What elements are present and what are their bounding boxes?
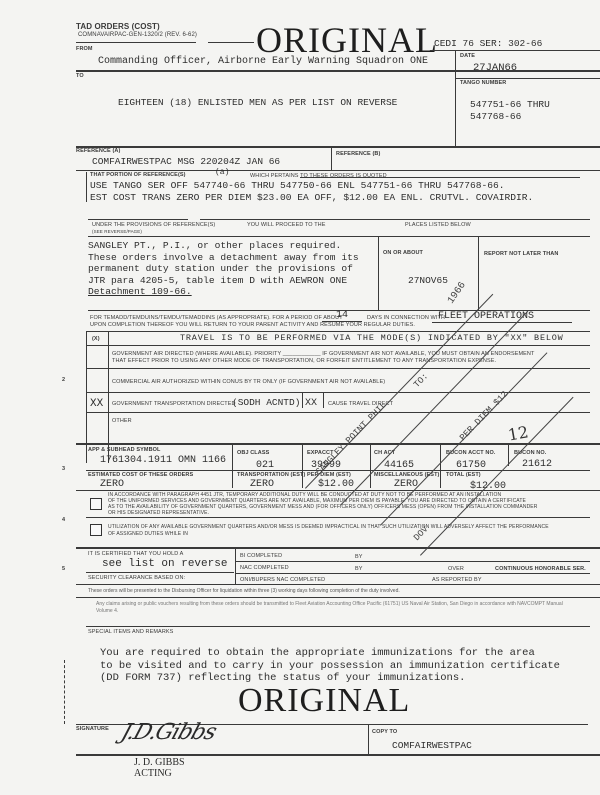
places-line-2: These orders involve a detachment away f…	[88, 252, 359, 264]
tango-value-1: 547751-66 THRU	[470, 99, 550, 110]
tango-label: TANGO NUMBER	[460, 80, 506, 86]
reference-b-label: REFERENCE (b)	[336, 151, 380, 157]
quarters-checkbox-1[interactable]	[90, 498, 102, 510]
bucon-value: 21612	[522, 459, 552, 470]
quarters-para-1-line-4: OR HIS DESIGNATED REPRESENTATIVE.	[108, 510, 537, 516]
provisions-label: UNDER THE PROVISIONS OF REFERENCE(S)	[92, 222, 215, 228]
form-number: COMNAVAIRPAC-GEN-1320/2 (REV. 6-62)	[78, 32, 197, 38]
margin-number-3: 3	[62, 466, 65, 472]
oni-completed-label: ONI/BUPERS NAC COMPLETED	[240, 577, 325, 583]
travel-row-3-mark: XX	[90, 398, 103, 410]
places-label: PLACES LISTED BELOW	[405, 222, 471, 228]
reference-a-value: COMFAIRWESTPAC MSG 220204Z JAN 66	[92, 156, 280, 167]
margin-number-2: 2	[62, 377, 65, 383]
continuous-service-label: CONTINUOUS HONORABLE SER.	[495, 566, 586, 572]
transportation-value: ZERO	[250, 479, 274, 490]
travel-row-2-text: COMMERCIAL AIR AUTHORIZED WITHIN CONUS B…	[112, 379, 385, 385]
obj-class-label: OBJ CLASS	[237, 450, 269, 456]
quarters-checkbox-2[interactable]	[90, 524, 102, 536]
places-line-3: permanent duty station under the provisi…	[88, 263, 359, 275]
stamp-line-3: PER DIEM $12	[458, 389, 510, 443]
portion-line-1: USE TANGO SER OFF 547740-66 THRU 547750-…	[90, 180, 505, 191]
est-cost-value: ZERO	[100, 479, 124, 490]
provisions-sub-label: (see reverse/page)	[92, 229, 142, 234]
date-label: DATE	[460, 53, 475, 59]
original-stamp-top: ORIGINAL	[256, 22, 438, 58]
copy-to-label: COPY TO	[372, 729, 397, 735]
certified-label: IT IS CERTIFIED THAT YOU HOLD A	[88, 551, 183, 557]
bi-completed-label: BI COMPLETED	[240, 553, 282, 559]
quarters-para-2-line-1: UTILIZATION OF ANY AVAILABLE GOVERNMENT …	[108, 524, 549, 531]
proceed-label: YOU WILL PROCEED TO THE	[247, 222, 326, 228]
nac-completed-label: NAC COMPLETED	[240, 565, 289, 571]
certified-value: see list on reverse	[102, 558, 227, 570]
reference-a-label: REFERENCE (a)	[76, 148, 120, 154]
portion-ref: (a)	[215, 168, 229, 177]
portion-label-2: WHICH PERTAINS TO THESE ORDERS IS QUOTED	[250, 173, 387, 179]
travel-row-1-text: GOVERNMENT AIR DIRECTED (Where Available…	[112, 351, 534, 357]
duty-days: 14	[336, 310, 348, 321]
places-line-1: SANGLEY PT., P.I., or other places requi…	[88, 240, 359, 252]
remarks-text: You are required to obtain the appropria…	[100, 647, 560, 685]
transportation-label: TRANSPORTATION (est)	[237, 472, 305, 478]
quarters-para-2-line-2: OF ASSIGNED DUTIES WHILE IN	[108, 531, 549, 538]
copy-to-value: COMFAIRWESTPAC	[392, 740, 472, 751]
travel-row-3-mark-2: XX	[305, 398, 317, 409]
on-about-value: 27NOV65	[408, 275, 448, 286]
duty-line-2: UPON COMPLETION THEREOF YOU WILL RETURN …	[90, 322, 415, 328]
footer-note-2: Any claims arising or public vouchers re…	[96, 601, 566, 615]
est-cost-label: ESTIMATED COST OF THESE ORDERS	[88, 472, 193, 478]
to-value: EIGHTEEN (18) ENLISTED MEN AS PER LIST O…	[118, 97, 397, 108]
travel-mode-col-header: (X)	[92, 336, 100, 342]
quarters-para-2: UTILIZATION OF ANY AVAILABLE GOVERNMENT …	[108, 524, 549, 538]
signature-scrawl: J.D.Gibbs	[118, 720, 219, 745]
places-line-5: Detachment 109-66.	[88, 286, 359, 298]
travel-row-4-text: OTHER	[112, 418, 132, 424]
original-stamp-bottom: ORIGINAL	[238, 684, 410, 718]
remarks-label: SPECIAL ITEMS AND REMARKS	[88, 629, 173, 635]
remarks-line-1: You are required to obtain the appropria…	[100, 647, 560, 660]
portion-label: THAT PORTION OF REFERENCE(S)	[90, 172, 186, 178]
signer-block: J. D. GIBBS ACTING	[134, 757, 185, 779]
portion-line-2: EST COST TRANS ZERO PER DIEM $23.00 EA O…	[90, 192, 533, 203]
travel-row-3-text: GOVERNMENT TRANSPORTATION DIRECTED	[112, 401, 236, 407]
margin-number-4: 4	[62, 517, 65, 523]
app-value: 1761304.1911 OMN 1166	[100, 455, 226, 466]
nac-by-label: BY	[355, 566, 363, 572]
handwritten-year: 1966	[446, 280, 469, 306]
places-line-4: JTR para 4205-5, table item D with AEWRO…	[88, 275, 359, 287]
footer-note-1: These orders will be presented to the Di…	[88, 588, 400, 594]
per-diem-value: $12.00	[318, 479, 354, 490]
app-label: APP & SUBHEAD SYMBOL	[88, 447, 161, 453]
tango-value-2: 547768-66	[470, 111, 521, 122]
date-value: 27JAN66	[473, 62, 517, 74]
on-about-label: ON OR ABOUT	[383, 250, 423, 256]
report-label: REPORT NOT LATER THAN	[484, 251, 558, 257]
over-label: OVER	[448, 566, 464, 572]
bi-by-label: BY	[355, 554, 363, 560]
from-value: Commanding Officer, Airborne Early Warni…	[98, 56, 428, 67]
quarters-para-1: IN ACCORDANCE WITH PARAGRAPH 4451 JTR, T…	[108, 492, 537, 516]
signer-title: ACTING	[134, 768, 185, 779]
signer-name: J. D. GIBBS	[134, 757, 185, 768]
serial-number: CEDI 76 SER: 302-66	[434, 38, 542, 49]
stamp-handwritten-amount: 12	[507, 422, 530, 444]
margin-number-5: 5	[62, 566, 65, 572]
total-label: TOTAL (est)	[446, 472, 481, 478]
clearance-label: SECURITY CLEARANCE BASED ON:	[88, 575, 185, 581]
form-title: TAD ORDERS (Cost)	[76, 22, 160, 31]
duty-line-1-post: DAYS IN CONNECTION WITH	[367, 315, 445, 321]
travel-row-3-filled: (SODH ACNTD)	[232, 397, 300, 408]
duty-line-1-pre: FOR TEMADD/TEMDUINS/TEMDU/TEMADDINS (as …	[90, 315, 343, 321]
travel-row-1-text2: THAT EFFECT PRIOR TO USING ANY OTHER MOD…	[112, 358, 496, 364]
bucon-acct-label: BUCON ACCT NO.	[446, 450, 495, 456]
from-label: FROM	[76, 46, 93, 52]
remarks-line-2: to be visited and to carry in your posse…	[100, 660, 560, 673]
places-text: SANGLEY PT., P.I., or other places requi…	[88, 240, 359, 298]
to-label: TO	[76, 73, 84, 79]
signature-label: SIGNATURE	[76, 726, 109, 732]
